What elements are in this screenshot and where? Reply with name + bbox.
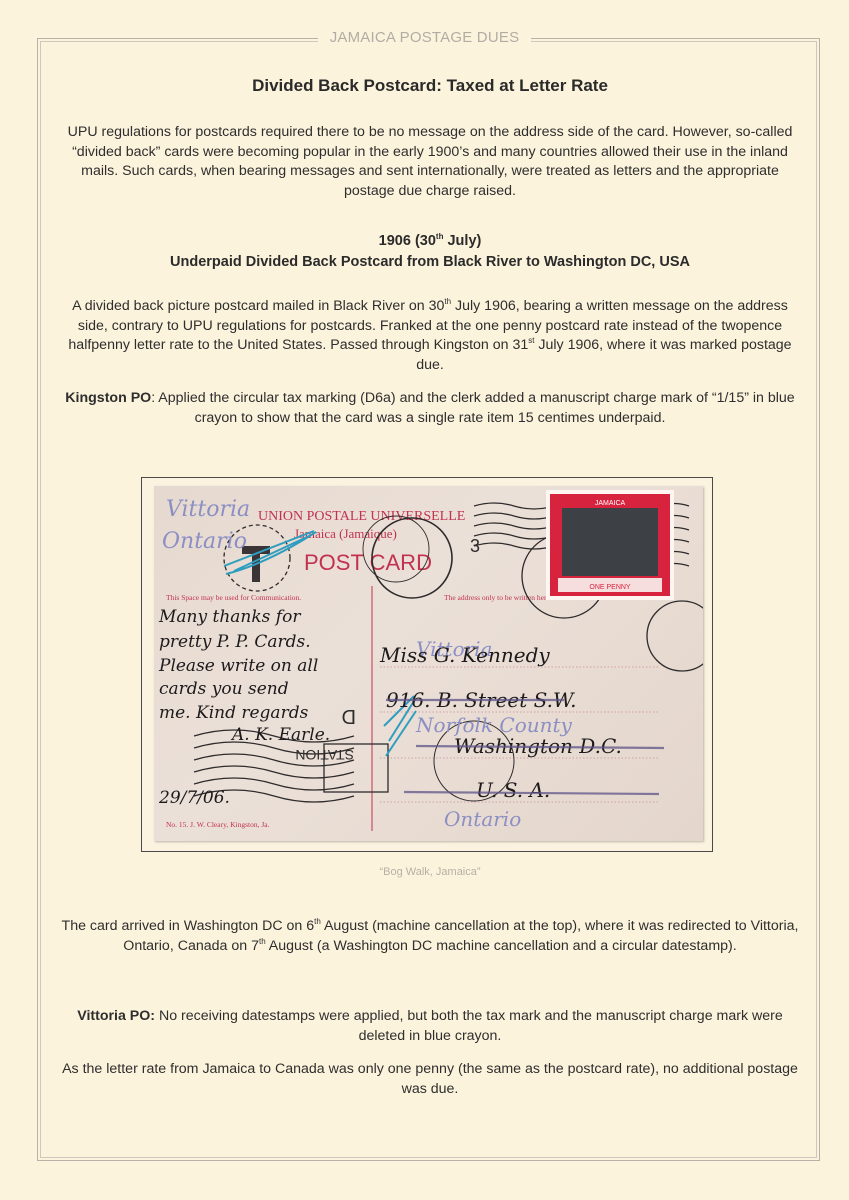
header-label: JAMAICA POSTAGE DUES [318,29,532,46]
arrival-note: The card arrived in Washington DC on 6th… [60,917,800,956]
svg-text:cards you send: cards you send [159,679,289,699]
svg-text:Ontario: Ontario [444,807,521,831]
vittoria-label: Vittoria PO: [77,1008,155,1024]
item-title: Underpaid Divided Back Postcard from Bla… [60,252,800,273]
printed-post-card: POST CARD [304,550,432,575]
page-title: Divided Back Postcard: Taxed at Letter R… [60,76,800,96]
postcard-artwork: UNION POSTALE UNIVERSELLE Jamaica (Jamai… [154,486,703,841]
printed-left-note: This Space may be used for Communication… [166,593,301,602]
vittoria-note: Vittoria PO: No receiving datestamps wer… [60,1007,800,1046]
kingston-label: Kingston PO [65,390,151,406]
svg-text:pretty P. P. Cards.: pretty P. P. Cards. [159,632,311,652]
item-heading: 1906 (30th July) Underpaid Divided Back … [60,231,800,273]
kingston-note: Kingston PO: Applied the circular tax ma… [60,389,800,428]
svg-text:JAMAICA: JAMAICA [595,500,626,507]
svg-text:29/7/06.: 29/7/06. [158,788,230,808]
item-date: 1906 (30th July) [60,231,800,252]
rate-note: As the letter rate from Jamaica to Canad… [60,1060,800,1099]
svg-text:Please write on all: Please write on all [158,656,318,676]
svg-text:Many thanks for: Many thanks for [158,607,301,627]
header: JAMAICA POSTAGE DUES [0,29,849,47]
postcard-frame: UNION POSTALE UNIVERSELLE Jamaica (Jamai… [141,477,713,852]
svg-text:Miss G. Kennedy: Miss G. Kennedy [379,643,550,667]
item-description: A divided back picture postcard mailed i… [60,297,800,375]
postcard-caption: “Bog Walk, Jamaica” [60,866,800,878]
svg-text:ONE PENNY: ONE PENNY [589,584,631,591]
svg-text:Vittoria: Vittoria [166,497,250,522]
postcard-image: UNION POSTALE UNIVERSELLE Jamaica (Jamai… [154,486,703,841]
intro-paragraph: UPU regulations for postcards required t… [60,123,800,201]
postmark-d: D [342,705,356,727]
printed-right-note: The address only to be written here. [444,593,552,602]
svg-text:Ontario: Ontario [162,529,247,554]
svg-text:me. Kind regards: me. Kind regards [159,703,309,723]
postmark-station: STATION [295,747,354,763]
stamp: JAMAICA ONE PENNY [546,490,674,600]
postmark-3: 3 [470,536,480,556]
svg-text:A. K. Earle.: A. K. Earle. [230,725,330,745]
svg-text:U. S. A.: U. S. A. [476,778,550,802]
printed-publisher: No. 15. J. W. Cleary, Kingston, Ja. [166,820,270,829]
printed-upu: UNION POSTALE UNIVERSELLE [258,509,465,524]
